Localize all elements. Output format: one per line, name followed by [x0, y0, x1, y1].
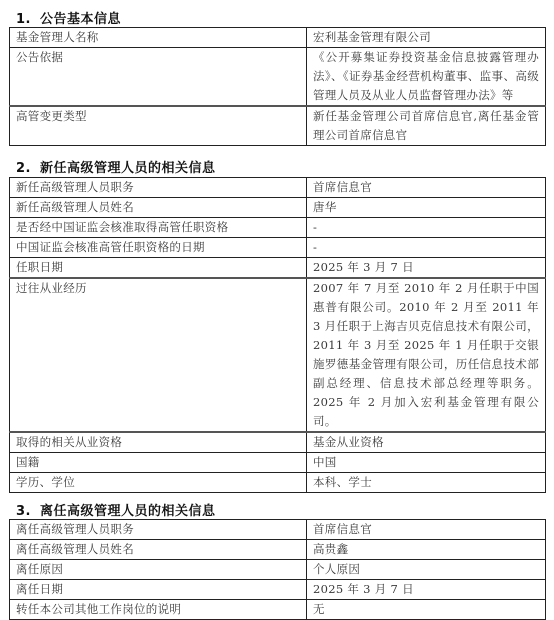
- nationality-value: 中国: [307, 453, 546, 473]
- section-1-title: 公告基本信息: [40, 12, 121, 27]
- section-3-title: 离任高级管理人员的相关信息: [40, 504, 216, 519]
- table-row: 国籍 中国: [10, 453, 546, 473]
- section-2-number: 2.: [16, 161, 40, 176]
- qualification-label: 取得的相关从业资格: [10, 432, 307, 453]
- work-experience-label: 过往从业经历: [10, 278, 307, 432]
- table-row: 离任高级管理人员职务 首席信息官: [10, 520, 546, 540]
- table-row: 离任日期 2025 年 3 月 7 日: [10, 580, 546, 600]
- csrc-approval-value: -: [307, 218, 546, 238]
- work-experience-value: 2007 年 7 月至 2010 年 2 月任职于中国惠普有限公司。2010 年…: [307, 278, 546, 432]
- transfer-note-value: 无: [307, 600, 546, 620]
- table-row: 中国证监会核准高管任职资格的日期 -: [10, 238, 546, 258]
- fund-manager-name-value: 宏利基金管理有限公司: [307, 28, 546, 48]
- nationality-label: 国籍: [10, 453, 307, 473]
- departing-position-value: 首席信息官: [307, 520, 546, 540]
- table-row: 学历、学位 本科、学士: [10, 473, 546, 493]
- change-type-value: 新任基金管理公司首席信息官,离任基金管理公司首席信息官: [307, 106, 546, 146]
- announcement-basis-value: 《公开募集证券投资基金信息披露管理办法》、《证券基金经营机构董事、监事、高级管理…: [307, 48, 546, 107]
- section-1-heading: 1.公告基本信息: [16, 8, 121, 27]
- table-row: 新任高级管理人员职务 首席信息官: [10, 178, 546, 198]
- section-2-title: 新任高级管理人员的相关信息: [40, 161, 216, 176]
- departure-reason-label: 离任原因: [10, 560, 307, 580]
- table-row: 离任高级管理人员姓名 高贵鑫: [10, 540, 546, 560]
- csrc-approval-label: 是否经中国证监会核准取得高管任职资格: [10, 218, 307, 238]
- start-date-value: 2025 年 3 月 7 日: [307, 258, 546, 279]
- table-row: 新任高级管理人员姓名 唐华: [10, 198, 546, 218]
- announcement-basic-info-table: 基金管理人名称 宏利基金管理有限公司 公告依据 《公开募集证券投资基金信息披露管…: [9, 27, 546, 146]
- new-name-value: 唐华: [307, 198, 546, 218]
- education-label: 学历、学位: [10, 473, 307, 493]
- departure-date-value: 2025 年 3 月 7 日: [307, 580, 546, 600]
- new-position-label: 新任高级管理人员职务: [10, 178, 307, 198]
- table-row: 高管变更类型 新任基金管理公司首席信息官,离任基金管理公司首席信息官: [10, 106, 546, 146]
- announcement-basis-label: 公告依据: [10, 48, 307, 107]
- section-1-number: 1.: [16, 12, 40, 27]
- new-name-label: 新任高级管理人员姓名: [10, 198, 307, 218]
- departing-executive-info-table: 离任高级管理人员职务 首席信息官 离任高级管理人员姓名 高贵鑫 离任原因 个人原…: [9, 519, 546, 620]
- table-row: 公告依据 《公开募集证券投资基金信息披露管理办法》、《证券基金经营机构董事、监事…: [10, 48, 546, 107]
- table-row: 任职日期 2025 年 3 月 7 日: [10, 258, 546, 279]
- qualification-value: 基金从业资格: [307, 432, 546, 453]
- table-row: 是否经中国证监会核准取得高管任职资格 -: [10, 218, 546, 238]
- section-3-heading: 3.离任高级管理人员的相关信息: [16, 500, 216, 519]
- new-position-value: 首席信息官: [307, 178, 546, 198]
- section-2-heading: 2.新任高级管理人员的相关信息: [16, 157, 216, 176]
- table-row: 基金管理人名称 宏利基金管理有限公司: [10, 28, 546, 48]
- table-row: 过往从业经历 2007 年 7 月至 2010 年 2 月任职于中国惠普有限公司…: [10, 278, 546, 432]
- csrc-approval-date-value: -: [307, 238, 546, 258]
- table-row: 取得的相关从业资格 基金从业资格: [10, 432, 546, 453]
- departure-date-label: 离任日期: [10, 580, 307, 600]
- section-3-number: 3.: [16, 504, 40, 519]
- start-date-label: 任职日期: [10, 258, 307, 279]
- transfer-note-label: 转任本公司其他工作岗位的说明: [10, 600, 307, 620]
- change-type-label: 高管变更类型: [10, 106, 307, 146]
- education-value: 本科、学士: [307, 473, 546, 493]
- csrc-approval-date-label: 中国证监会核准高管任职资格的日期: [10, 238, 307, 258]
- new-executive-info-table: 新任高级管理人员职务 首席信息官 新任高级管理人员姓名 唐华 是否经中国证监会核…: [9, 177, 546, 493]
- fund-manager-name-label: 基金管理人名称: [10, 28, 307, 48]
- departing-name-value: 高贵鑫: [307, 540, 546, 560]
- table-row: 离任原因 个人原因: [10, 560, 546, 580]
- departing-name-label: 离任高级管理人员姓名: [10, 540, 307, 560]
- table-row: 转任本公司其他工作岗位的说明 无: [10, 600, 546, 620]
- departure-reason-value: 个人原因: [307, 560, 546, 580]
- departing-position-label: 离任高级管理人员职务: [10, 520, 307, 540]
